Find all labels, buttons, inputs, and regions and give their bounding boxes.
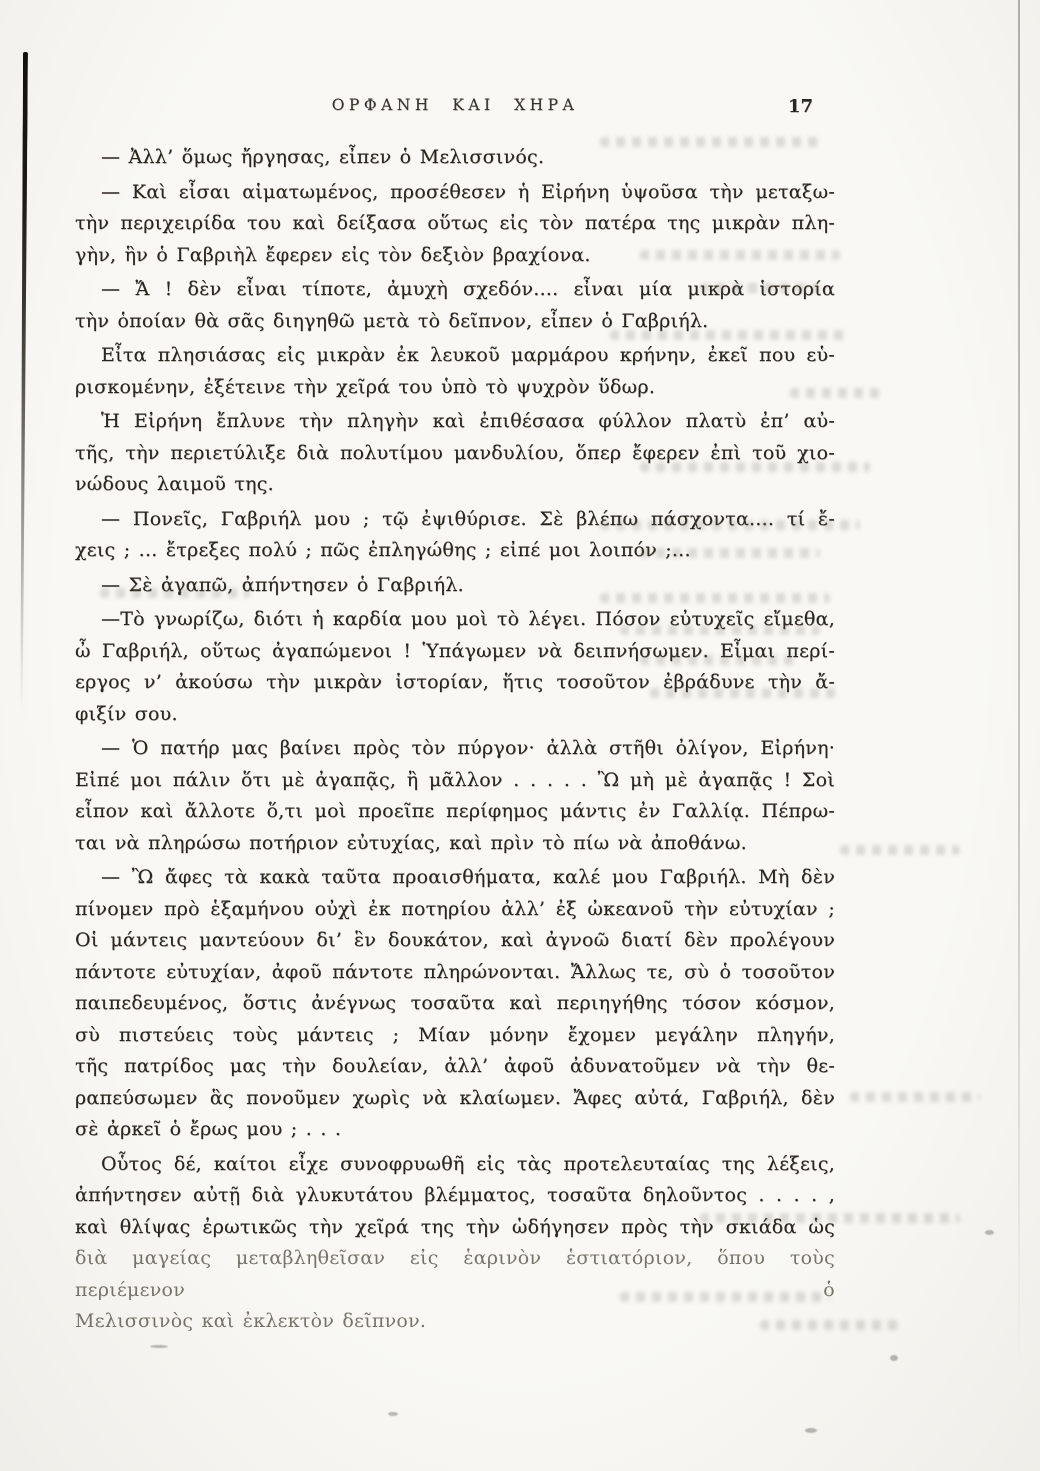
paragraph: Ἡ Εἰρήνη ἔπλυνε τὴν πληγὴν καὶ ἐπιθέσασα… [75, 406, 835, 501]
text-line: ραπεύσωμεν ἃς πονοῦμεν χωρὶς νὰ κλαίωμεν… [75, 1083, 835, 1115]
text-line: — Ὁ πατήρ μας βαίνει πρὸς τὸν πύργον· ἀλ… [75, 733, 835, 765]
page-number: 17 [788, 96, 813, 117]
bleed-through-artifact [600, 520, 860, 530]
text-line: πίνομεν πρὸ ἑξαμήνου οὐχὶ ἐκ ποτηρίου ἀλ… [75, 894, 835, 926]
text-line: — Καὶ εἶσαι αἱματωμένος, προσέθεσεν ἡ Εἰ… [75, 177, 835, 209]
text-line: Μελισσινὸς καὶ ἐκλεκτὸν δεῖπνον. [75, 1306, 835, 1338]
bleed-through-artifact [620, 1292, 830, 1302]
text-line: ται νὰ πληρώσω ποτήριον εὐτυχίας, καὶ πρ… [75, 828, 835, 860]
scan-speck-artifact [985, 1230, 994, 1235]
bleed-through-artifact [700, 283, 820, 293]
bleed-through-artifact [700, 1213, 960, 1223]
scan-edge-line [1018, 0, 1020, 1370]
paragraph: Οὗτος δέ, καίτοι εἶχε συνοφρυωθῆ εἰς τὰς… [75, 1149, 835, 1338]
bleed-through-artifact [610, 330, 850, 340]
scan-speck-artifact [388, 1412, 398, 1416]
running-header: ΟΡΦΑΝΗ ΚΑΙ ΧΗΡΑ 17 [75, 96, 835, 126]
text-line: Ἡ Εἰρήνη ἔπλυνε τὴν πληγὴν καὶ ἐπιθέσασα… [75, 406, 835, 438]
book-page-scan: ΟΡΦΑΝΗ ΚΑΙ ΧΗΡΑ 17 — Ἀλλ’ ὅμως ἤργησας, … [0, 0, 1040, 1471]
bleed-through-artifact [760, 1320, 900, 1330]
bleed-through-artifact [600, 593, 830, 603]
scan-speck-artifact [150, 1345, 168, 1348]
scan-speck-artifact [890, 1355, 898, 1361]
text-line: τῆς πατρίδος μας τὴν δουλείαν, ἀλλ’ ἀφοῦ… [75, 1051, 835, 1083]
text-line: Εἰπέ μοι πάλιν ὅτι μὲ ἀγαπᾷς, ἢ μᾶλλον .… [75, 765, 835, 797]
paragraph: —Τὸ γνωρίζω, διότι ἡ καρδία μου μοὶ τὸ λ… [75, 604, 835, 730]
bleed-through-artifact [620, 625, 820, 635]
bleed-through-artifact [600, 137, 820, 147]
paragraph: — Ὁ πατήρ μας βαίνει πρὸς τὸν πύργον· ἀλ… [75, 733, 835, 859]
text-line: φιξίν σου. [75, 699, 835, 731]
running-header-title: ΟΡΦΑΝΗ ΚΑΙ ΧΗΡΑ [75, 96, 835, 114]
text-line: Οἱ μάντεις μαντεύουν δι’ ἓν δουκάτον, κα… [75, 925, 835, 957]
text-line: ἀπήντησεν αὐτῇ διὰ γλυκυτάτου βλέμματος,… [75, 1180, 835, 1212]
bleed-through-artifact [640, 655, 800, 665]
text-line: παιπεδευμένος, ὅστις ἀνέγνως τοσαῦτα καὶ… [75, 988, 835, 1020]
bleed-through-artifact [640, 462, 870, 472]
text-line: τὴν περιχειρίδα του καὶ δείξασα οὕτως εἰ… [75, 208, 835, 240]
text-line: σὲ ἀρκεῖ ὁ ἔρως μου ; . . . [75, 1114, 835, 1146]
text-line: σὺ πιστεύεις τοὺς μάντεις ; Μίαν μόνην ἔ… [75, 1020, 835, 1052]
text-line: νώδους λαιμοῦ της. [75, 469, 835, 501]
paragraph: — Ὢ ἄφες τὰ κακὰ ταῦτα προαισθήματα, καλ… [75, 862, 835, 1146]
text-line: πάντοτε εὐτυχίαν, ἀφοῦ πάντοτε πληρώνοντ… [75, 957, 835, 989]
bleed-through-artifact [640, 250, 840, 260]
text-line: — Ὢ ἄφες τὰ κακὰ ταῦτα προαισθήματα, καλ… [75, 862, 835, 894]
text-line: Οὗτος δέ, καίτοι εἶχε συνοφρυωθῆ εἰς τὰς… [75, 1149, 835, 1181]
bleed-through-artifact [100, 588, 250, 598]
text-line: ρισκομένην, ἐξέτεινε τὴν χεῖρά του ὑπὸ τ… [75, 372, 835, 404]
bleed-through-artifact [850, 1092, 980, 1102]
bleed-through-artifact [840, 845, 960, 855]
text-line: εἶπον καὶ ἄλλοτε ὅ,τι μοὶ προεῖπε περίφη… [75, 796, 835, 828]
bleed-through-artifact [640, 548, 820, 558]
scan-speck-artifact [805, 1428, 817, 1433]
bleed-through-artifact [650, 688, 840, 698]
text-line: Εἶτα πλησιάσας εἰς μικρὰν ἐκ λευκοῦ μαρμ… [75, 340, 835, 372]
bleed-through-artifact [790, 388, 880, 398]
scan-gutter-line [19, 52, 28, 712]
text-block: — Ἀλλ’ ὅμως ἤργησας, εἶπεν ὁ Μελισσινός.… [75, 142, 835, 1338]
paragraph: Εἶτα πλησιάσας εἰς μικρὰν ἐκ λευκοῦ μαρμ… [75, 340, 835, 403]
